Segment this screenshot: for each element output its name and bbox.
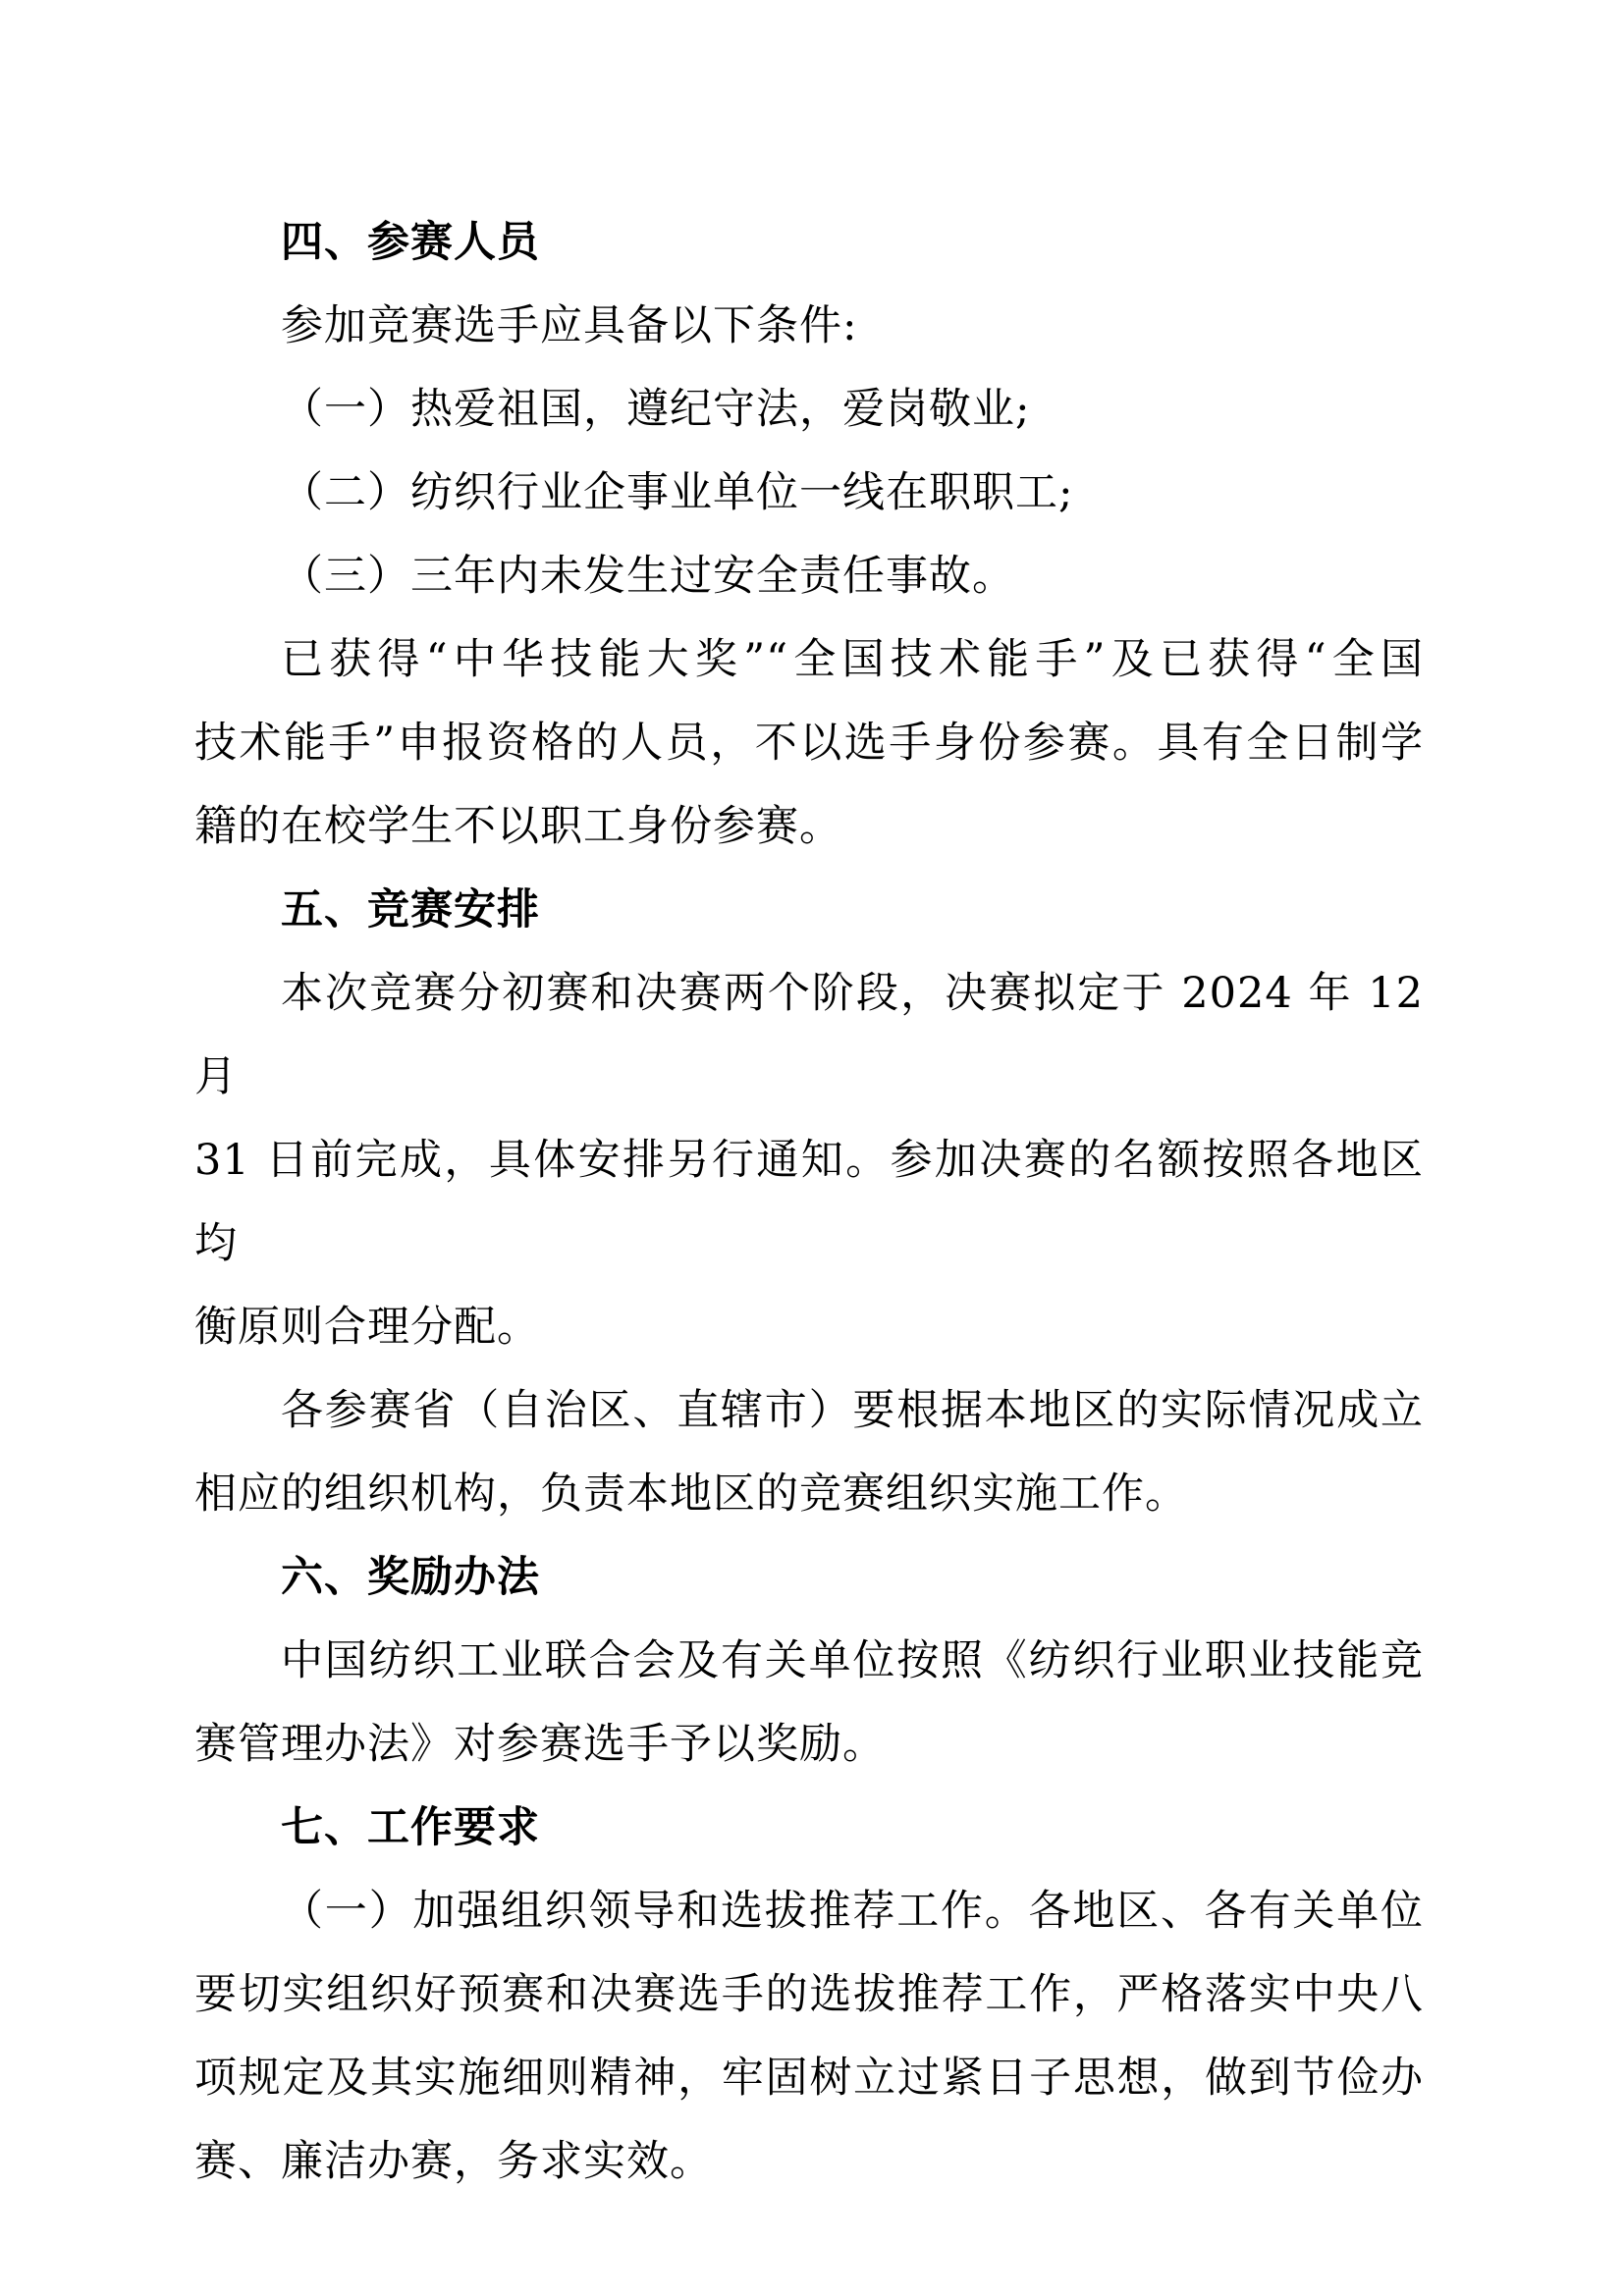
- section-heading-4: 四、参赛人员: [194, 201, 1424, 285]
- body-line: 31 日前完成，具体安排另行通知。参加决赛的名额按照各地区均: [194, 1119, 1424, 1286]
- body-line: 本次竞赛分初赛和决赛两个阶段，决赛拟定于 2024 年 12 月: [194, 952, 1424, 1119]
- body-line: （一）热爱祖国，遵纪守法，爱岗敬业;: [194, 368, 1424, 452]
- body-line: 籍的在校学生不以职工身份参赛。: [194, 785, 1424, 869]
- body-line: 各参赛省（自治区、直辖市）要根据本地区的实际情况成立: [194, 1369, 1424, 1453]
- body-line: 相应的组织机构，负责本地区的竞赛组织实施工作。: [194, 1453, 1424, 1536]
- body-line: 要切实组织好预赛和决赛选手的选拔推荐工作，严格落实中央八: [194, 1953, 1424, 2037]
- section-heading-5: 五、竞赛安排: [194, 869, 1424, 952]
- body-line: 中国纺织工业联合会及有关单位按照《纺织行业职业技能竞: [194, 1620, 1424, 1703]
- body-line: （一）加强组织领导和选拔推荐工作。各地区、各有关单位: [194, 1870, 1424, 1953]
- section-heading-7: 七、工作要求: [194, 1787, 1424, 1870]
- body-line: 已获得“中华技能大奖”“全国技术能手”及已获得“全国: [194, 618, 1424, 702]
- document-page: 四、参赛人员 参加竞赛选手应具备以下条件: （一）热爱祖国，遵纪守法，爱岗敬业;…: [0, 0, 1624, 2296]
- section-heading-6: 六、奖励办法: [194, 1536, 1424, 1620]
- body-line: 赛、廉洁办赛，务求实效。: [194, 2120, 1424, 2204]
- body-line: （三）三年内未发生过安全责任事故。: [194, 535, 1424, 618]
- body-line: 赛管理办法》对参赛选手予以奖励。: [194, 1703, 1424, 1787]
- document-text-block: 四、参赛人员 参加竞赛选手应具备以下条件: （一）热爱祖国，遵纪守法，爱岗敬业;…: [194, 201, 1424, 2204]
- body-line: 衡原则合理分配。: [194, 1286, 1424, 1369]
- body-line: 项规定及其实施细则精神，牢固树立过紧日子思想，做到节俭办: [194, 2037, 1424, 2120]
- body-line: 技术能手”申报资格的人员，不以选手身份参赛。具有全日制学: [194, 702, 1424, 785]
- body-line: 参加竞赛选手应具备以下条件:: [194, 285, 1424, 368]
- body-line: （二）纺织行业企事业单位一线在职职工;: [194, 452, 1424, 535]
